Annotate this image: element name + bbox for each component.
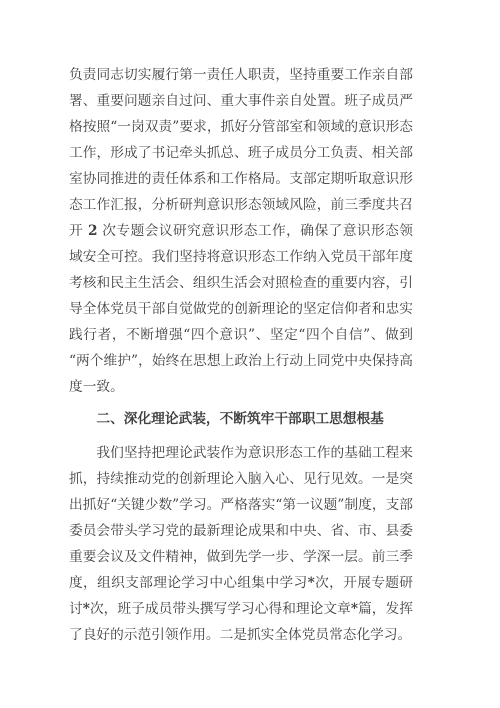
section-heading: 二、深化理论武装，不断筑牢干部职工思想根基	[69, 406, 413, 432]
text-run: 负责同志切实履行第一责任人职责，坚持重要工作亲自部署、重要问题亲自过问、重大事件…	[69, 67, 413, 239]
bold-text-run: *	[308, 575, 315, 591]
text-run: 次，班子成员带头撰写学习心得和理论文章	[90, 601, 351, 617]
text-run: 我们坚持把理论武装作为意识形态工作的基础工程来抓，持续推动党的创新理论入脑入心、…	[69, 445, 413, 591]
paragraph-body: 我们坚持把理论武装作为意识形态工作的基础工程来抓，持续推动党的创新理论入脑入心、…	[69, 440, 413, 648]
document-text-block: 负责同志切实履行第一责任人职责，坚持重要工作亲自部署、重要问题亲自过问、重大事件…	[69, 62, 413, 648]
paragraph-continuation: 负责同志切实履行第一责任人职责，坚持重要工作亲自部署、重要问题亲自过问、重大事件…	[69, 62, 413, 400]
text-run: 次专题会议研究意识形态工作，确保了意识形态领域安全可控。我们坚持将意识形态工作纳…	[69, 223, 413, 395]
document-page: 负责同志切实履行第一责任人职责，坚持重要工作亲自部署、重要问题亲自过问、重大事件…	[0, 0, 500, 708]
bold-text-run: *	[83, 601, 90, 617]
bold-text-run: *	[351, 601, 358, 617]
